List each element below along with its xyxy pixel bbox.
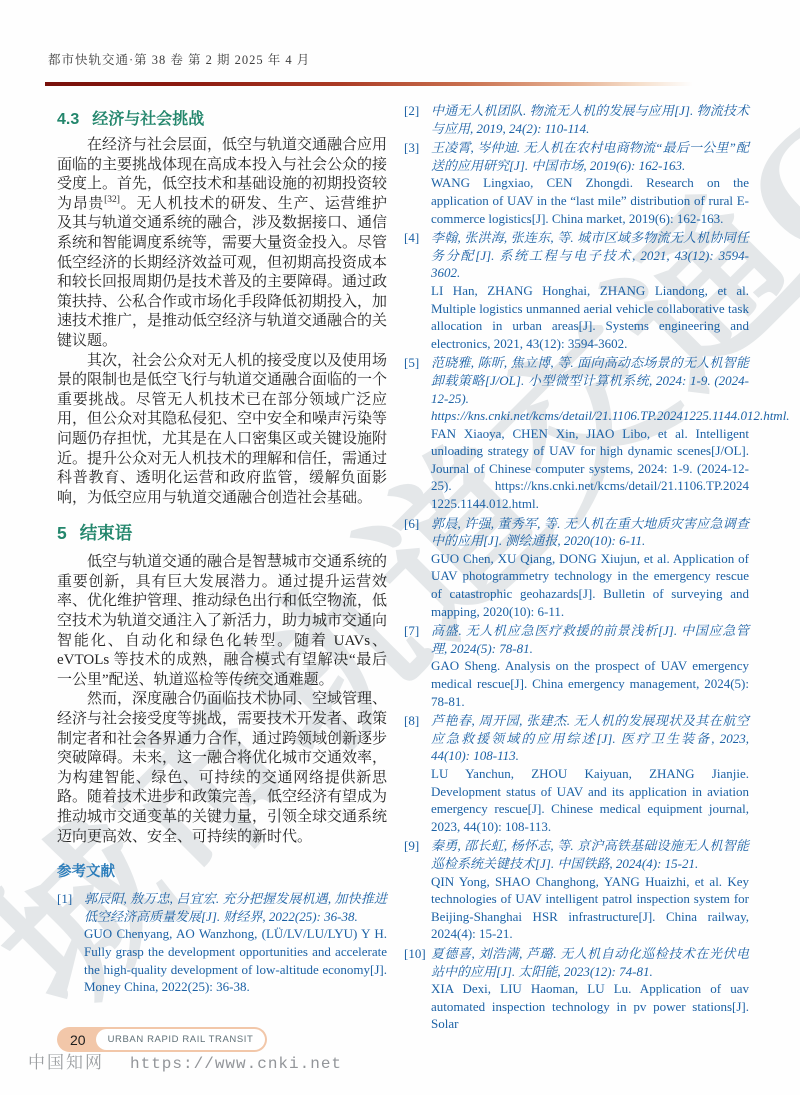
reference-item: [7] 高盛. 无人机应急医疗救援的前景浅析[J]. 中国应急管理, 2024(… [404,622,749,710]
header-rule-divider [45,82,693,86]
reference-number: [1] [57,890,72,908]
reference-text-zh: 秦勇, 邵长虹, 杨怀志, 等. 京沪高铁基础设施无人机智能巡检系统关键技术[J… [431,837,749,872]
reference-item: [10] 夏德喜, 刘浩满, 芦璐. 无人机自动化巡检技术在光伏电站中的应用[J… [404,945,749,1033]
cnki-name: 中国知网 [28,1053,104,1072]
reference-number: [2] [404,102,419,120]
section-4-3-number: 4.3 [57,111,79,128]
citation-superscript: [32] [104,195,120,205]
left-column: 4.3经济与社会挑战 在经济与社会层面，低空与轨道交通融合应用面临的主要挑战体现… [57,106,387,998]
reference-number: [7] [404,622,419,640]
reference-number: [4] [404,229,419,247]
reference-text-en: XIA Dexi, LIU Haoman, LU Lu. Application… [431,980,749,1033]
page-number: 20 [57,1032,96,1048]
reference-number: [6] [404,515,419,533]
reference-item: [2] 中通无人机团队. 物流无人机的发展与应用[J]. 物流技术与应用, 20… [404,102,749,137]
reference-text-en: GAO Sheng. Analysis on the prospect of U… [431,657,749,710]
reference-item: [3] 王凌霄, 岑仲迪. 无人机在农村电商物流“最后一公里”配送的应用研究[J… [404,139,749,227]
reference-item: [4] 李翰, 张洪海, 张连东, 等. 城市区域多物流无人机协同任务分配[J]… [404,229,749,352]
section-4-3-paragraph-1: 在经济与社会层面，低空与轨道交通融合应用面临的主要挑战体现在高成本投入与社会公众… [57,136,387,352]
paragraph-text: 。无人机技术的研发、生产、运营维护及其与轨道交通系统的融合，涉及数据接口、通信系… [57,196,387,349]
paper-page: 城市轨道交通CCRM 都市快轨交通·第 38 卷 第 2 期 2025 年 4 … [0,0,800,1095]
reference-text-zh: 郭辰阳, 敖万忠, 吕宜宏. 充分把握发展机遇, 加快推进低空经济高质量发展[J… [84,890,387,925]
reference-number: [10] [404,945,426,963]
reference-text-zh: 王凌霄, 岑仲迪. 无人机在农村电商物流“最后一公里”配送的应用研究[J]. 中… [431,139,749,174]
reference-text-zh: 郭晨, 许强, 董秀军, 等. 无人机在重大地质灾害应急调查中的应用[J]. 测… [431,515,749,550]
section-4-3-title: 经济与社会挑战 [92,111,204,128]
journal-header-text: 都市快轨交通·第 38 卷 第 2 期 2025 年 4 月 [48,50,310,68]
reference-text-en: QIN Yong, SHAO Changhong, YANG Huaizhi, … [431,873,749,943]
section-4-3-paragraph-2: 其次，社会公众对无人机的接受度以及使用场景的限制也是低空飞行与轨道交通融合面临的… [57,352,387,509]
reference-item: [9] 秦勇, 邵长虹, 杨怀志, 等. 京沪高铁基础设施无人机智能巡检系统关键… [404,837,749,943]
cnki-url: https://www.cnki.net [130,1055,342,1073]
reference-text-en: LI Han, ZHANG Honghai, ZHANG Liandong, e… [431,282,749,352]
reference-text-zh: 李翰, 张洪海, 张连东, 等. 城市区域多物流无人机协同任务分配[J]. 系统… [431,229,749,282]
references-heading: 参考文献 [57,860,387,881]
section-4-3-heading: 4.3经济与社会挑战 [57,106,387,129]
reference-text-en: GUO Chen, XU Qiang, DONG Xiujun, et al. … [431,550,749,620]
section-5-title: 结束语 [80,523,133,543]
section-5-paragraph-2: 然而，深度融合仍面临技术协同、空域管理、经济与社会接受度等挑战，需要技术开发者、… [57,690,387,847]
section-5-number: 5 [57,523,67,543]
reference-text-zh: 范晓雅, 陈昕, 焦立博, 等. 面向高动态场景的无人机智能卸载策略[J/OL]… [431,354,749,424]
reference-text-zh: 芦艳春, 周开园, 张建杰. 无人机的发展现状及其在航空应急救援领域的应用综述[… [431,712,749,765]
reference-text-en: GUO Chenyang, AO Wanzhong, (LÜ/LV/LU/LYU… [84,925,387,995]
section-5-paragraph-1: 低空与轨道交通的融合是智慧城市交通系统的重要创新，具有巨大发展潜力。通过提升运营… [57,553,387,690]
reference-item: [5] 范晓雅, 陈昕, 焦立博, 等. 面向高动态场景的无人机智能卸载策略[J… [404,354,749,512]
cnki-footer-watermark: 中国知网https://www.cnki.net [28,1048,342,1073]
reference-text-en: WANG Lingxiao, CEN Zhongdi. Research on … [431,174,749,227]
reference-text-en: FAN Xiaoya, CHEN Xin, JIAO Libo, et al. … [431,425,749,513]
reference-text-zh: 中通无人机团队. 物流无人机的发展与应用[J]. 物流技术与应用, 2019, … [431,102,749,137]
reference-text-zh: 高盛. 无人机应急医疗救援的前景浅析[J]. 中国应急管理, 2024(5): … [431,622,749,657]
journal-name-en-badge: URBAN RAPID RAIL TRANSIT [96,1029,266,1050]
reference-number: [5] [404,354,419,372]
section-5-heading: 5结束语 [57,520,387,545]
reference-number: [8] [404,712,419,730]
reference-item: [8] 芦艳春, 周开园, 张建杰. 无人机的发展现状及其在航空应急救援领域的应… [404,712,749,835]
reference-number: [3] [404,139,419,157]
references-list-left: [1] 郭辰阳, 敖万忠, 吕宜宏. 充分把握发展机遇, 加快推进低空经济高质量… [57,890,387,996]
reference-number: [9] [404,837,419,855]
references-list-right: [2] 中通无人机团队. 物流无人机的发展与应用[J]. 物流技术与应用, 20… [404,102,749,1035]
reference-item: [6] 郭晨, 许强, 董秀军, 等. 无人机在重大地质灾害应急调查中的应用[J… [404,515,749,621]
reference-text-en: LU Yanchun, ZHOU Kaiyuan, ZHANG Jianjie.… [431,765,749,835]
reference-text-zh: 夏德喜, 刘浩满, 芦璐. 无人机自动化巡检技术在光伏电站中的应用[J]. 太阳… [431,945,749,980]
reference-item: [1] 郭辰阳, 敖万忠, 吕宜宏. 充分把握发展机遇, 加快推进低空经济高质量… [57,890,387,996]
